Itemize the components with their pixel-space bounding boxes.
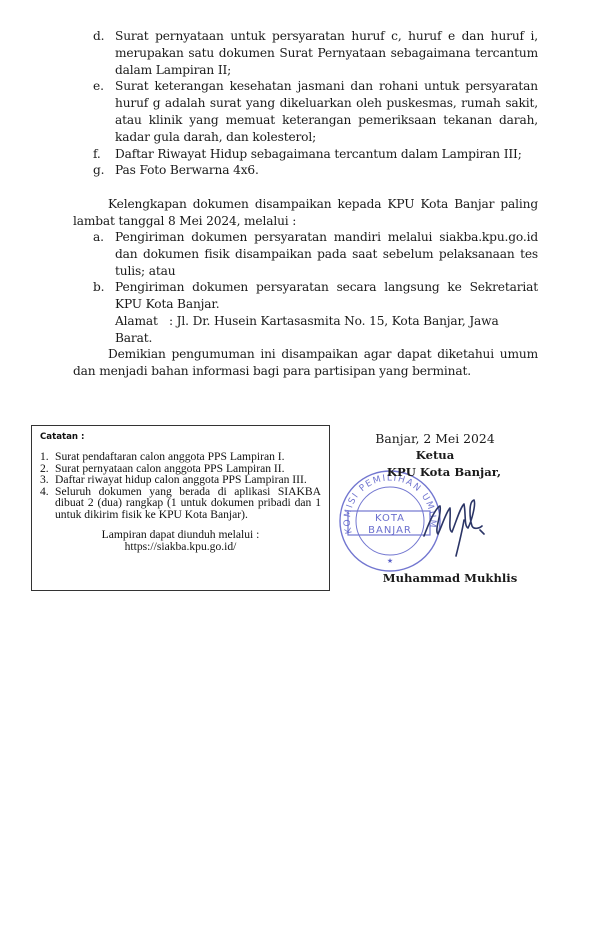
list-item: e. Surat keterangan kesehatan jasmani da… [93,78,538,145]
document-page: d. Surat pernyataan untuk persyaratan hu… [0,0,612,936]
list-item-text: Pengiriman dokumen persyaratan secara la… [115,279,538,313]
list-marker: a. [93,229,104,246]
signature-block: Banjar, 2 Mei 2024 Ketua KPU Kota Banjar… [335,430,535,481]
list-marker: b. [93,279,104,296]
notes-box: Catatan : 1. Surat pendaftaran calon ang… [31,425,330,591]
list-item: d. Surat pernyataan untuk persyaratan hu… [93,28,538,78]
list-item-text: Pengiriman dokumen persyaratan mandiri m… [115,229,538,279]
signatory-organization: KPU Kota Banjar, [353,464,535,481]
list-item: g. Pas Foto Berwarna 4x6. [93,162,538,179]
list-item: b. Pengiriman dokumen persyaratan secara… [93,279,538,346]
download-link[interactable]: https://siakba.kpu.go.id/ [40,541,321,553]
submission-methods-list: a. Pengiriman dokumen persyaratan mandir… [93,229,538,347]
note-item: 4. Seluruh dokumen yang berada di aplika… [40,486,321,521]
notes-list: 1. Surat pendaftaran calon anggota PPS L… [40,451,321,521]
list-item: a. Pengiriman dokumen persyaratan mandir… [93,229,538,279]
signatory-title: Ketua [335,447,535,464]
list-item-text: Pas Foto Berwarna 4x6. [115,162,538,179]
signatory-name: Muhammad Mukhlis [375,570,525,587]
list-marker: g. [93,162,104,179]
note-marker: 4. [40,486,49,498]
list-marker: f. [93,146,101,163]
stamp-inner-line1: KOTA [375,513,405,524]
svg-text:★: ★ [387,557,393,565]
list-marker: d. [93,28,104,45]
requirements-list: d. Surat pernyataan untuk persyaratan hu… [93,28,538,179]
handwritten-signature-icon [420,490,490,560]
notes-title: Catatan : [40,432,321,442]
submission-intro-paragraph: Kelengkapan dokumen disampaikan kepada K… [73,196,538,230]
notes-footer: Lampiran dapat diunduh melalui : https:/… [40,529,321,554]
stamp-inner-line2: BANJAR [368,525,412,536]
list-marker: e. [93,78,104,95]
list-item-text: Daftar Riwayat Hidup sebagaimana tercant… [115,146,538,163]
place-date: Banjar, 2 Mei 2024 [335,430,535,447]
address-text: Alamat : Jl. Dr. Husein Kartasasmita No.… [115,313,538,347]
note-marker: 1. [40,451,49,463]
list-item-text: Surat pernyataan untuk persyaratan huruf… [115,28,538,78]
closing-paragraph: Demikian pengumuman ini disampaikan agar… [73,346,538,380]
note-text: Seluruh dokumen yang berada di aplikasi … [55,485,321,521]
list-item-text: Surat keterangan kesehatan jasmani dan r… [115,78,538,145]
list-item: f. Daftar Riwayat Hidup sebagaimana terc… [93,146,538,163]
